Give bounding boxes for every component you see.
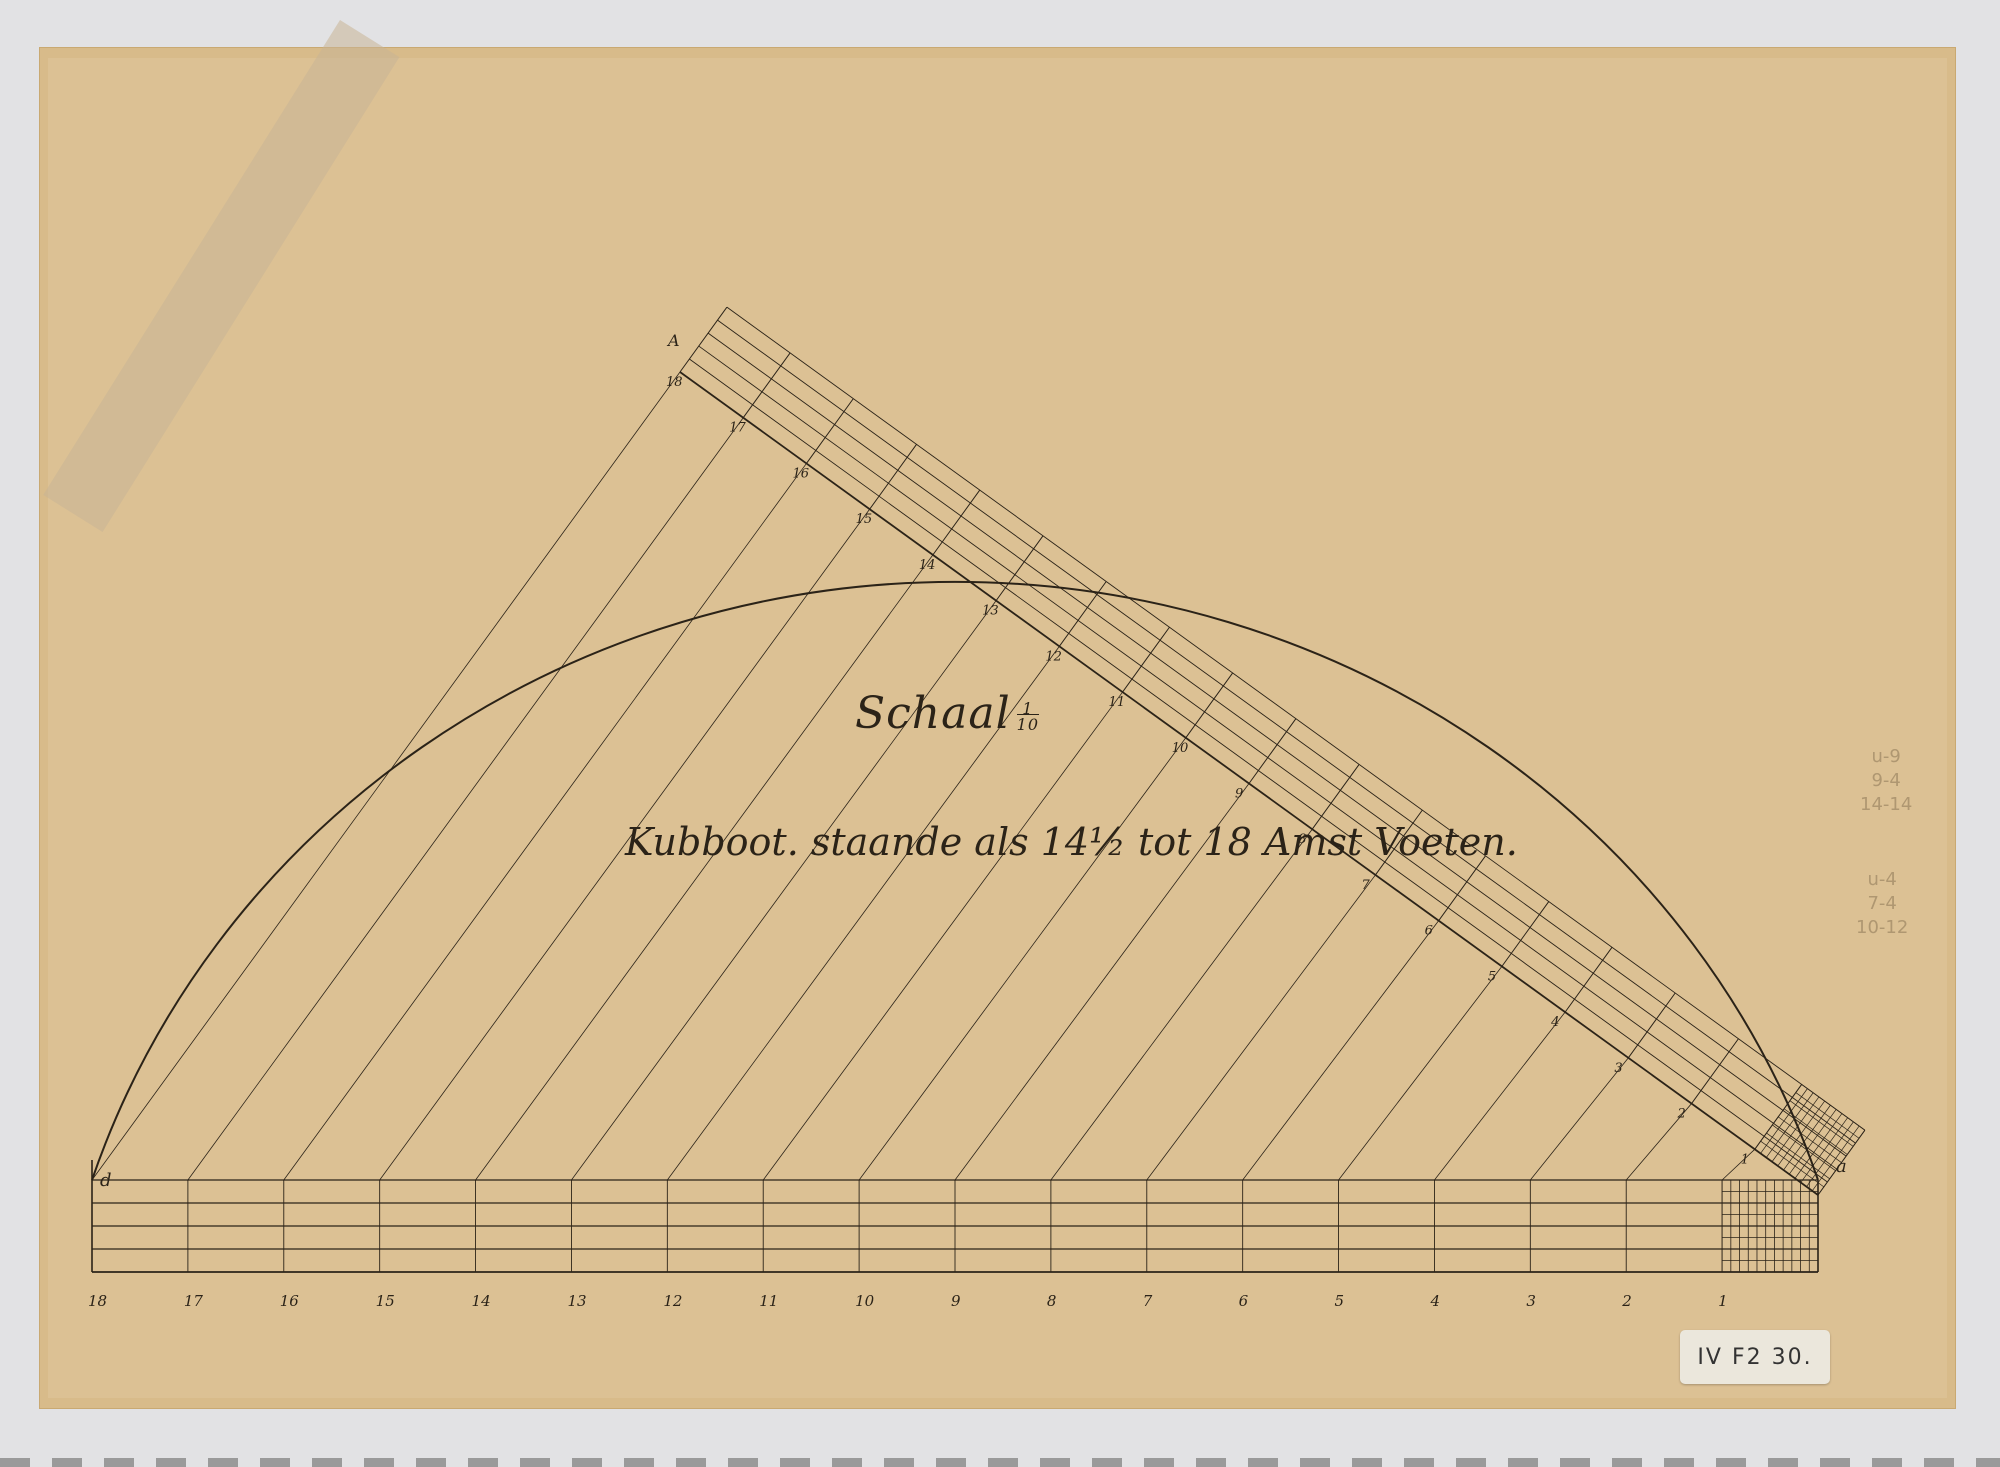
point-label-d: d	[100, 1170, 112, 1191]
svg-text:6: 6	[1239, 1292, 1249, 1310]
svg-text:16: 16	[792, 466, 809, 481]
svg-text:12: 12	[663, 1292, 682, 1310]
svg-text:16: 16	[280, 1292, 300, 1310]
svg-text:2: 2	[1677, 1107, 1686, 1122]
svg-text:17: 17	[184, 1292, 204, 1310]
svg-text:14: 14	[919, 558, 936, 573]
diagonal-construction-lines	[92, 372, 1755, 1180]
svg-text:9: 9	[951, 1292, 961, 1310]
svg-text:12: 12	[1045, 649, 1062, 664]
semicircle-arc	[92, 582, 1818, 1180]
pencil-note-1: u-99-414-14	[1860, 745, 1912, 817]
svg-text:14: 14	[472, 1292, 491, 1310]
svg-text:13: 13	[982, 604, 999, 619]
svg-text:4: 4	[1429, 1292, 1440, 1310]
scale-title: Schaal110	[855, 688, 1039, 739]
svg-text:3: 3	[1526, 1292, 1536, 1310]
svg-text:1: 1	[1718, 1292, 1728, 1310]
svg-text:10: 10	[855, 1292, 875, 1310]
svg-text:2: 2	[1621, 1292, 1632, 1310]
svg-text:1: 1	[1741, 1152, 1749, 1167]
fine-grid-horizontal	[1722, 1180, 1818, 1272]
scale-fraction: 110	[1017, 701, 1039, 733]
horizontal-scale-labels: 181716151413121110987654321	[88, 1292, 1728, 1310]
svg-text:18: 18	[666, 375, 683, 390]
svg-text:7: 7	[1143, 1292, 1153, 1310]
fine-grid-diagonal	[1755, 1084, 1865, 1195]
point-label-a: a	[1836, 1156, 1847, 1177]
svg-text:6: 6	[1425, 924, 1433, 939]
archive-label: IV F2 30.	[1680, 1330, 1830, 1384]
svg-text:9: 9	[1235, 787, 1243, 802]
bottom-edge-strip	[0, 1458, 2000, 1467]
svg-text:18: 18	[88, 1292, 107, 1310]
svg-text:13: 13	[567, 1292, 586, 1310]
diagonal-scale-band	[680, 307, 1865, 1195]
pencil-note-2: u-47-410-12	[1856, 868, 1908, 940]
svg-text:3: 3	[1614, 1061, 1622, 1076]
svg-text:11: 11	[759, 1292, 778, 1310]
diagonal-scale-labels: 181716151413121110987654321	[666, 375, 1749, 1167]
svg-text:5: 5	[1335, 1292, 1345, 1310]
svg-text:17: 17	[729, 421, 746, 436]
svg-text:10: 10	[1172, 741, 1189, 756]
svg-text:7: 7	[1361, 878, 1370, 893]
svg-text:8: 8	[1047, 1292, 1057, 1310]
svg-text:5: 5	[1488, 969, 1496, 984]
svg-text:11: 11	[1109, 695, 1126, 710]
point-label-A: A	[666, 331, 680, 350]
svg-text:15: 15	[376, 1292, 395, 1310]
scale-word: Schaal	[855, 688, 1011, 739]
svg-text:15: 15	[856, 512, 873, 527]
svg-text:4: 4	[1550, 1015, 1559, 1030]
main-caption: Kubboot. staande als 14½ tot 18 Amst Voe…	[625, 820, 1518, 864]
